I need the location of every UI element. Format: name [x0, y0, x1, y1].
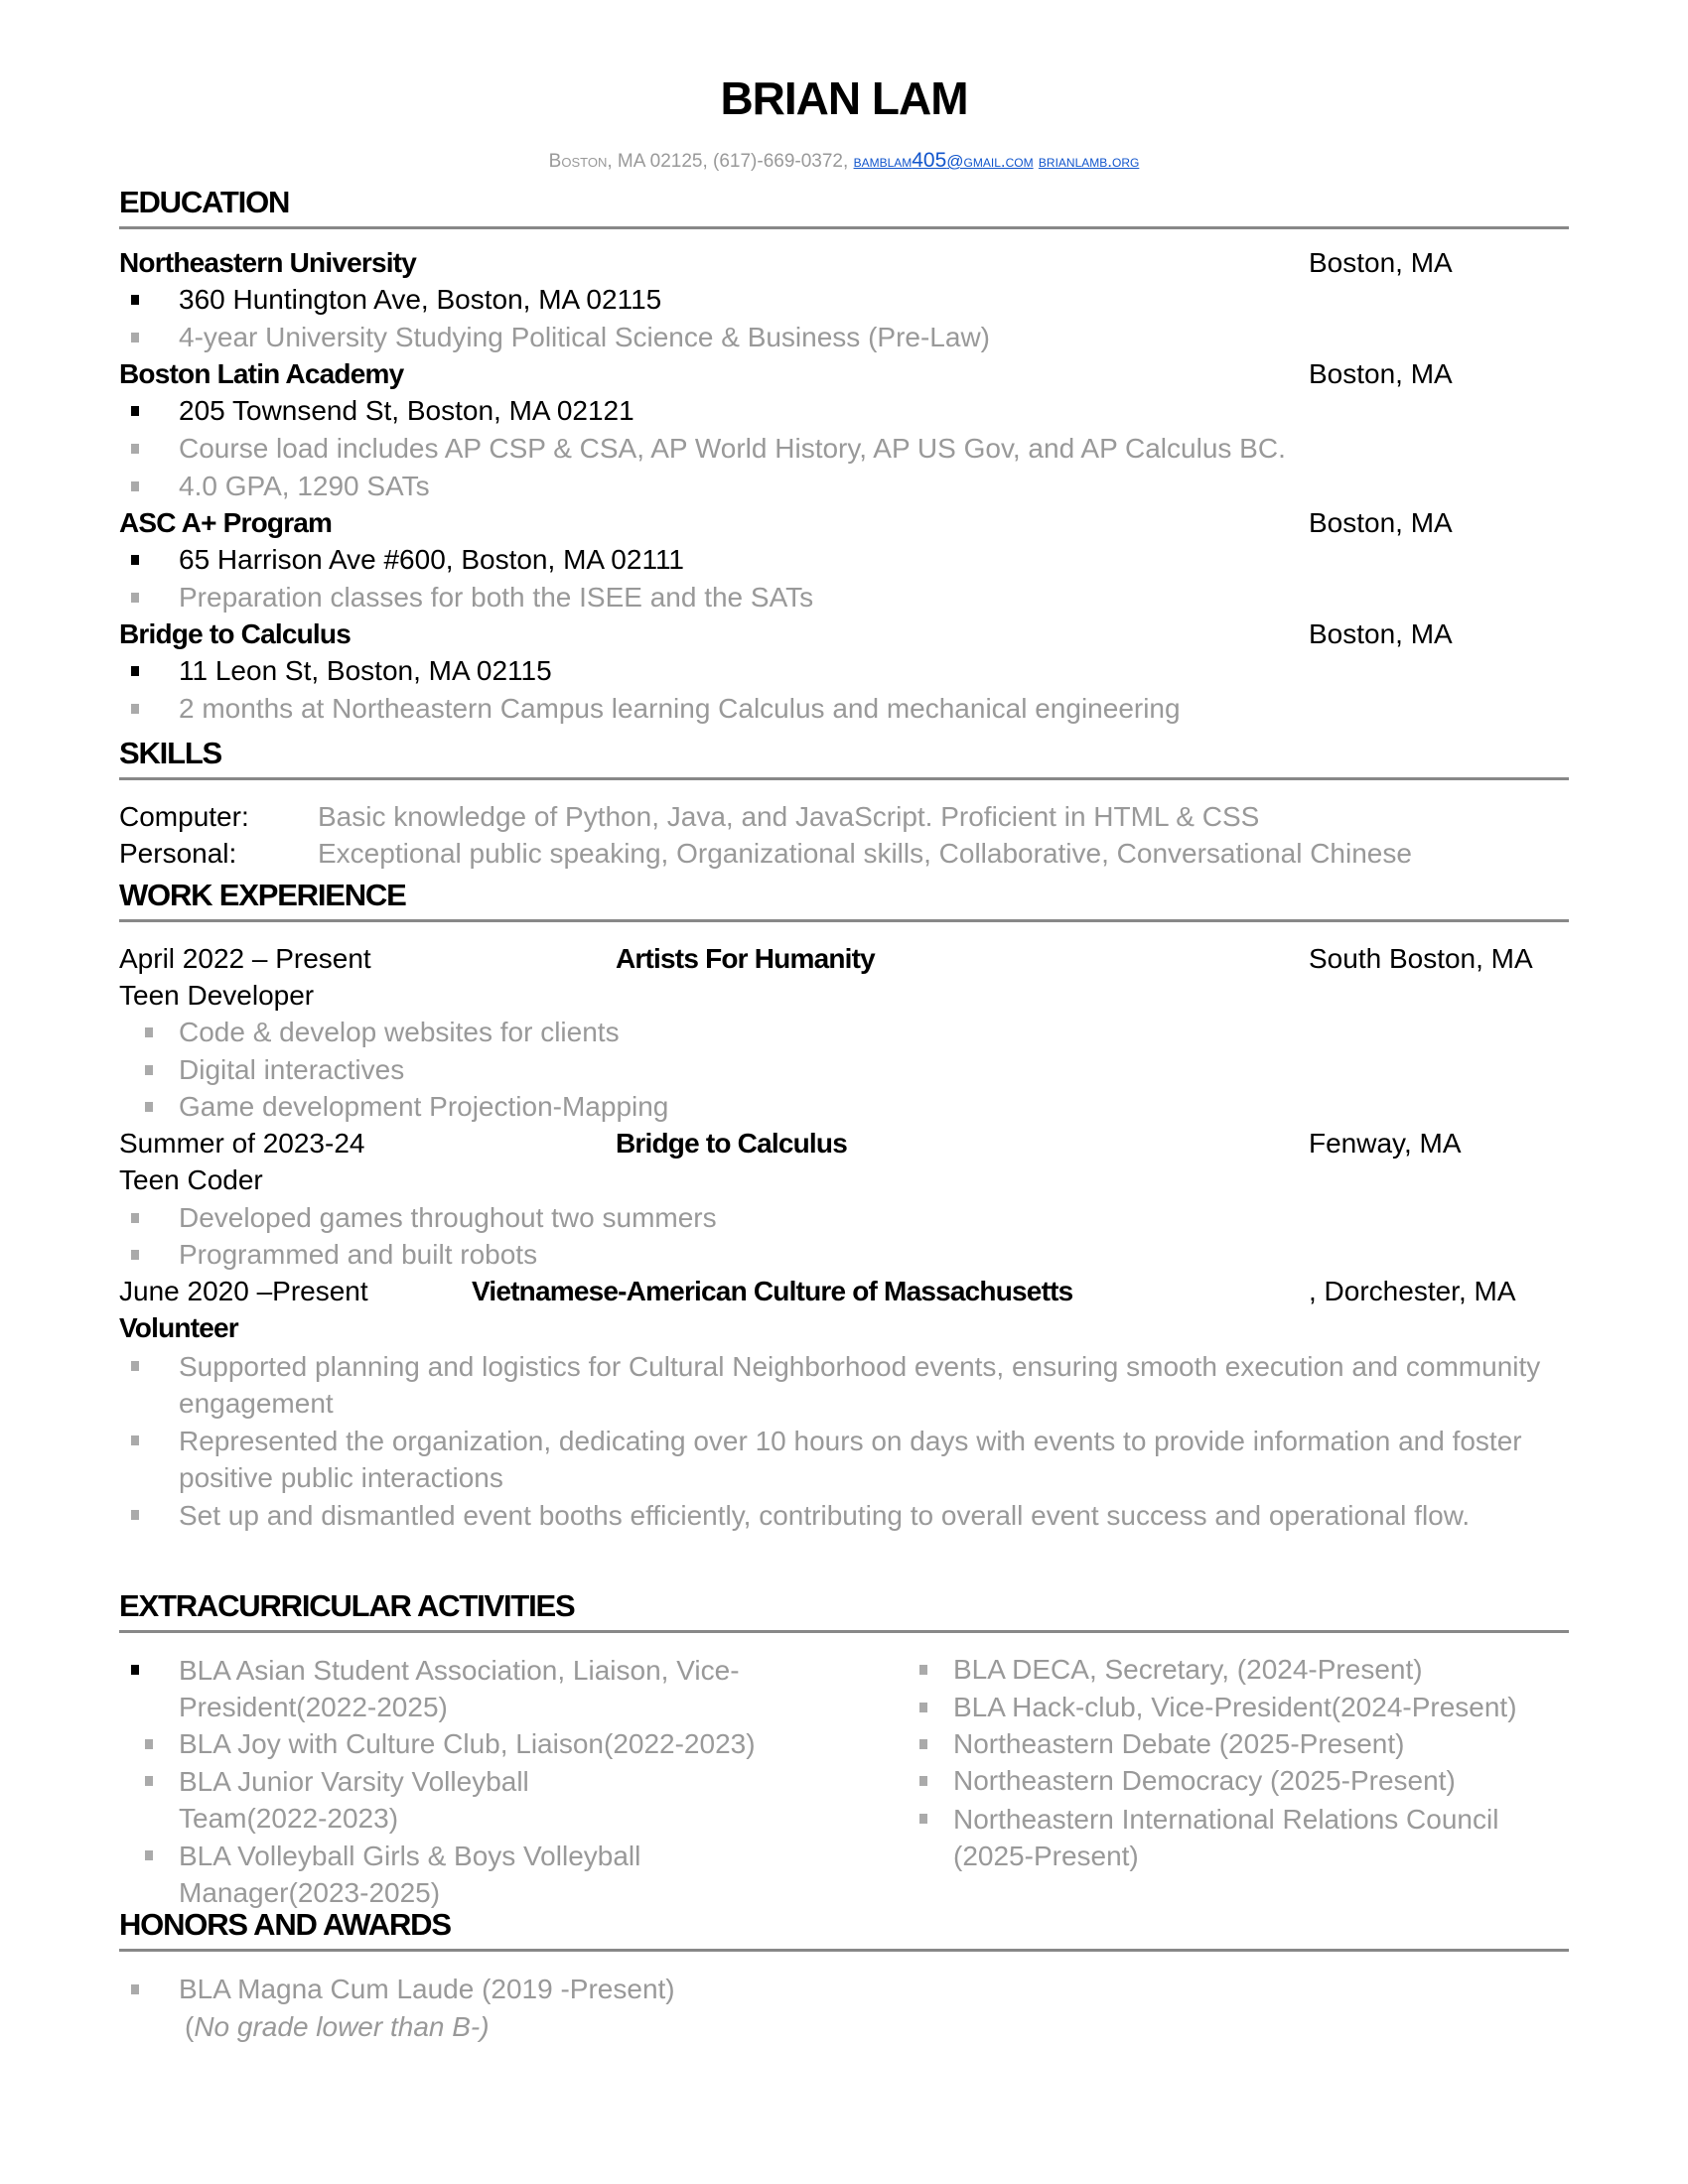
- education-location: Boston, MA: [1309, 245, 1453, 281]
- bullet-icon: [131, 1213, 139, 1223]
- bullet-icon: [131, 704, 139, 714]
- education-location: Boston, MA: [1309, 356, 1453, 392]
- education-location: Boston, MA: [1309, 616, 1453, 652]
- honor-note: (No grade lower than B-): [185, 2009, 490, 2045]
- job-dates: April 2022 – Present: [119, 941, 371, 977]
- section-heading-education: EDUCATION: [119, 185, 1569, 229]
- bullet-icon: [145, 1776, 153, 1786]
- bullet-icon: [131, 295, 139, 305]
- job-role: Volunteer: [119, 1310, 238, 1346]
- bullet-icon: [145, 1850, 153, 1860]
- job-bullet: Supported planning and logistics for Cul…: [179, 1348, 1569, 1422]
- skill-value: Exceptional public speaking, Organizatio…: [318, 836, 1412, 872]
- bullet-icon: [919, 1665, 927, 1675]
- bullet-icon: [145, 1065, 153, 1075]
- job-org: Artists For Humanity: [616, 941, 875, 977]
- job-role: Teen Developer: [119, 978, 314, 1014]
- bullet-icon: [131, 1435, 139, 1445]
- activity-item: BLA DECA, Secretary, (2024-Present): [953, 1652, 1423, 1688]
- education-detail: 4-year University Studying Political Sci…: [179, 320, 990, 355]
- job-org: Vietnamese-American Culture of Massachus…: [472, 1274, 1072, 1309]
- bullet-icon: [131, 481, 139, 491]
- education-address: 360 Huntington Ave, Boston, MA 02115: [179, 282, 661, 318]
- education-address: 65 Harrison Ave #600, Boston, MA 02111: [179, 542, 684, 578]
- activity-item: Northeastern Debate (2025-Present): [953, 1726, 1404, 1762]
- section-heading-extracurricular: EXTRACURRICULAR ACTIVITIES: [119, 1588, 1569, 1633]
- bullet-icon: [131, 555, 139, 565]
- activity-item: BLA Asian Student Association, Liaison, …: [179, 1652, 784, 1725]
- job-bullet: Code & develop websites for clients: [179, 1015, 620, 1050]
- bullet-icon: [919, 1703, 927, 1712]
- bullet-icon: [919, 1776, 927, 1786]
- job-bullet: Digital interactives: [179, 1052, 404, 1088]
- job-location: Fenway, MA: [1309, 1126, 1462, 1161]
- bullet-icon: [131, 1984, 139, 1994]
- job-bullet: Developed games throughout two summers: [179, 1200, 717, 1236]
- education-address: 11 Leon St, Boston, MA 02115: [179, 653, 552, 689]
- job-bullet: Game development Projection-Mapping: [179, 1089, 668, 1125]
- job-location: , Dorchester, MA: [1309, 1274, 1516, 1309]
- job-org: Bridge to Calculus: [616, 1126, 847, 1161]
- bullet-icon: [131, 333, 139, 342]
- skill-label: Computer:: [119, 799, 249, 835]
- bullet-icon: [145, 1027, 153, 1037]
- bullet-icon: [919, 1739, 927, 1749]
- job-bullet: Programmed and built robots: [179, 1237, 537, 1273]
- job-dates: June 2020 –Present: [119, 1274, 368, 1309]
- education-org: Northeastern University: [119, 245, 416, 281]
- bullet-icon: [919, 1814, 927, 1824]
- job-bullet: Set up and dismantled event booths effic…: [179, 1497, 1539, 1534]
- section-heading-work: WORK EXPERIENCE: [119, 878, 1569, 922]
- email-link[interactable]: bamblam405@gmail.com: [854, 152, 1034, 171]
- education-detail: Preparation classes for both the ISEE an…: [179, 580, 813, 615]
- education-org: Bridge to Calculus: [119, 616, 351, 652]
- bullet-icon: [145, 1739, 153, 1749]
- bullet-icon: [131, 1510, 139, 1520]
- education-location: Boston, MA: [1309, 505, 1453, 541]
- job-location: South Boston, MA: [1309, 941, 1533, 977]
- bullet-icon: [131, 406, 139, 416]
- contact-city: Boston: [549, 151, 608, 172]
- activity-item: Northeastern Democracy (2025-Present): [953, 1763, 1456, 1799]
- activity-item: BLA Junior Varsity Volleyball Team(2022-…: [179, 1763, 616, 1837]
- bullet-icon: [131, 1250, 139, 1260]
- bullet-icon: [131, 1665, 139, 1675]
- education-org: Boston Latin Academy: [119, 356, 403, 392]
- bullet-icon: [131, 1361, 139, 1371]
- skill-label: Personal:: [119, 836, 236, 872]
- activity-item: BLA Volleyball Girls & Boys Volleyball M…: [179, 1838, 705, 1911]
- website-link[interactable]: brianlamb.org: [1039, 152, 1139, 171]
- job-role: Teen Coder: [119, 1162, 263, 1198]
- section-heading-skills: SKILLS: [119, 736, 1569, 780]
- activity-item: BLA Joy with Culture Club, Liaison(2022-…: [179, 1726, 756, 1762]
- bullet-icon: [131, 444, 139, 454]
- contact-address-phone: , MA 02125, (617)-669-0372,: [607, 151, 853, 172]
- bullet-icon: [145, 1102, 153, 1112]
- education-address: 205 Townsend St, Boston, MA 02121: [179, 393, 634, 429]
- candidate-name: BRIAN LAM: [119, 71, 1569, 125]
- job-bullet: Represented the organization, dedicating…: [179, 1423, 1569, 1496]
- honor-item: BLA Magna Cum Laude (2019 -Present): [179, 1972, 675, 2007]
- contact-line: Boston, MA 02125, (617)-669-0372, bambla…: [119, 149, 1569, 173]
- section-heading-honors: HONORS AND AWARDS: [119, 1907, 1569, 1952]
- education-detail: 4.0 GPA, 1290 SATs: [179, 469, 430, 504]
- education-detail: Course load includes AP CSP & CSA, AP Wo…: [179, 431, 1286, 467]
- activity-item: BLA Hack-club, Vice-President(2024-Prese…: [953, 1690, 1517, 1725]
- activity-item: Northeastern International Relations Cou…: [953, 1801, 1569, 1874]
- job-dates: Summer of 2023-24: [119, 1126, 364, 1161]
- bullet-icon: [131, 666, 139, 676]
- bullet-icon: [131, 593, 139, 603]
- skill-value: Basic knowledge of Python, Java, and Jav…: [318, 799, 1259, 835]
- education-org: ASC A+ Program: [119, 505, 332, 541]
- education-detail: 2 months at Northeastern Campus learning…: [179, 691, 1181, 727]
